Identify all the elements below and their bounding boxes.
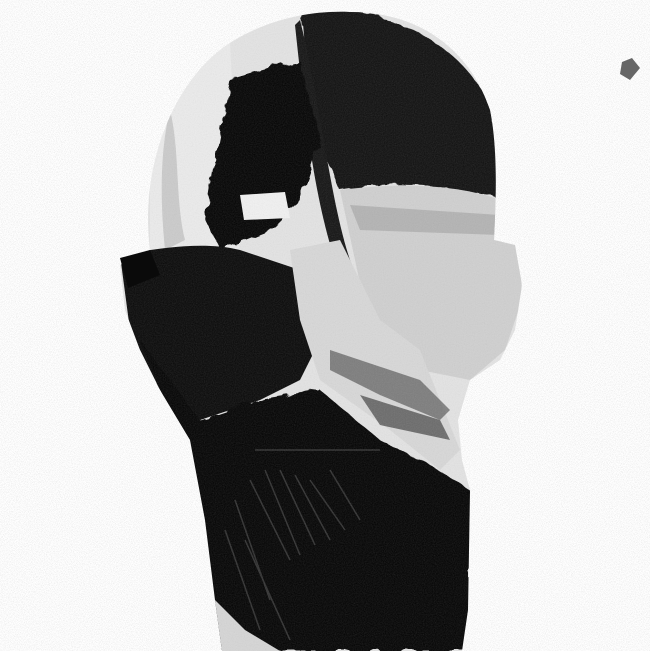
portrait-artwork — [0, 0, 650, 651]
